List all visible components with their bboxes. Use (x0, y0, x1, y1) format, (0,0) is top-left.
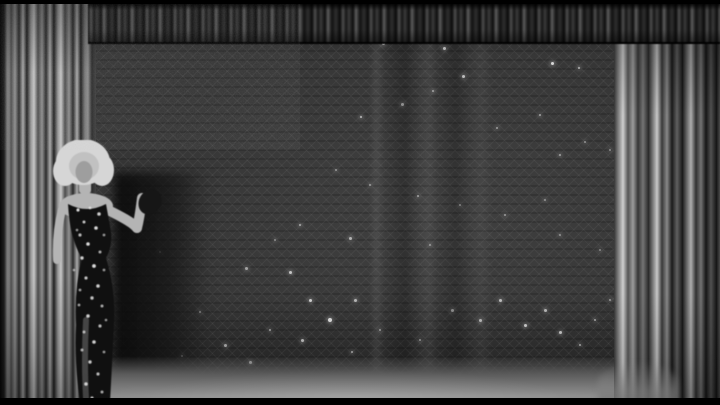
sequin-dot (105, 319, 108, 322)
sequin-dot (88, 360, 91, 363)
sequin-dot (99, 251, 102, 254)
sequin-dot (84, 276, 87, 279)
sequin-dot (90, 296, 93, 299)
sparkle-dot (299, 224, 301, 226)
sequin-dot (103, 269, 106, 272)
sparkle-dot (289, 271, 292, 274)
bottom-black-bar (0, 398, 720, 405)
sequin-dot (83, 331, 86, 334)
performer-face (76, 161, 93, 183)
sparkle-dot (309, 299, 312, 302)
sequin-dot (97, 212, 101, 216)
sparkle-dot (599, 249, 601, 251)
sparkle-dot (551, 62, 554, 65)
sparkle-dot (335, 169, 337, 171)
film-still-frame (0, 0, 720, 405)
performer-gown (68, 204, 114, 402)
sequin-dot (96, 372, 99, 375)
sequin-dot (96, 284, 100, 288)
sparkle-dot (524, 324, 527, 327)
sparkle-dot (594, 319, 596, 321)
sparkle-dot (559, 154, 561, 156)
right-stage-curtain (614, 34, 720, 405)
sequin-dot (101, 305, 104, 308)
sequin-dot (78, 304, 81, 307)
performer-left-arm (57, 210, 62, 260)
sequin-dot (84, 382, 88, 386)
sparkle-dot (579, 344, 581, 346)
sequin-dot (76, 208, 79, 211)
sequin-dot (101, 391, 104, 394)
sequin-dot (98, 324, 101, 327)
sparkle-dot (584, 141, 586, 143)
backdrop-center-folds (341, 4, 501, 376)
sparkle-dot (224, 344, 227, 347)
sequin-dot (92, 340, 96, 344)
sparkle-dot (559, 331, 562, 334)
sequin-dot (86, 242, 90, 246)
sparkle-dot (544, 309, 547, 312)
sparkle-dot (301, 339, 304, 342)
sparkle-dot (504, 214, 506, 216)
sparkle-dot (609, 299, 611, 301)
sparkle-dot (544, 199, 546, 201)
sparkle-dot (245, 267, 248, 270)
sequin-dot (83, 221, 86, 224)
sparkle-dot (328, 318, 332, 322)
sequin-dot (86, 314, 90, 318)
sequin-dot (78, 233, 81, 236)
sparkle-dot (539, 114, 541, 116)
sequin-dot (94, 226, 98, 230)
sequin-dot (76, 229, 79, 232)
sequin-dot (81, 349, 84, 352)
sequin-dot (92, 264, 96, 268)
sequin-dot (79, 289, 82, 292)
sparkle-dot (559, 234, 561, 236)
sparkle-dot (578, 67, 580, 69)
top-curtain-valance (88, 0, 720, 44)
sequin-dot (103, 234, 106, 237)
sparkle-dot (274, 239, 276, 241)
sparkle-dot (609, 149, 611, 151)
sequin-dot (80, 256, 83, 259)
sparkle-dot (269, 329, 271, 331)
performer-figure (44, 140, 174, 405)
top-black-bar (0, 0, 720, 4)
sequin-dot (73, 269, 76, 272)
sequin-dot (89, 207, 92, 210)
sequin-dot (103, 351, 106, 354)
